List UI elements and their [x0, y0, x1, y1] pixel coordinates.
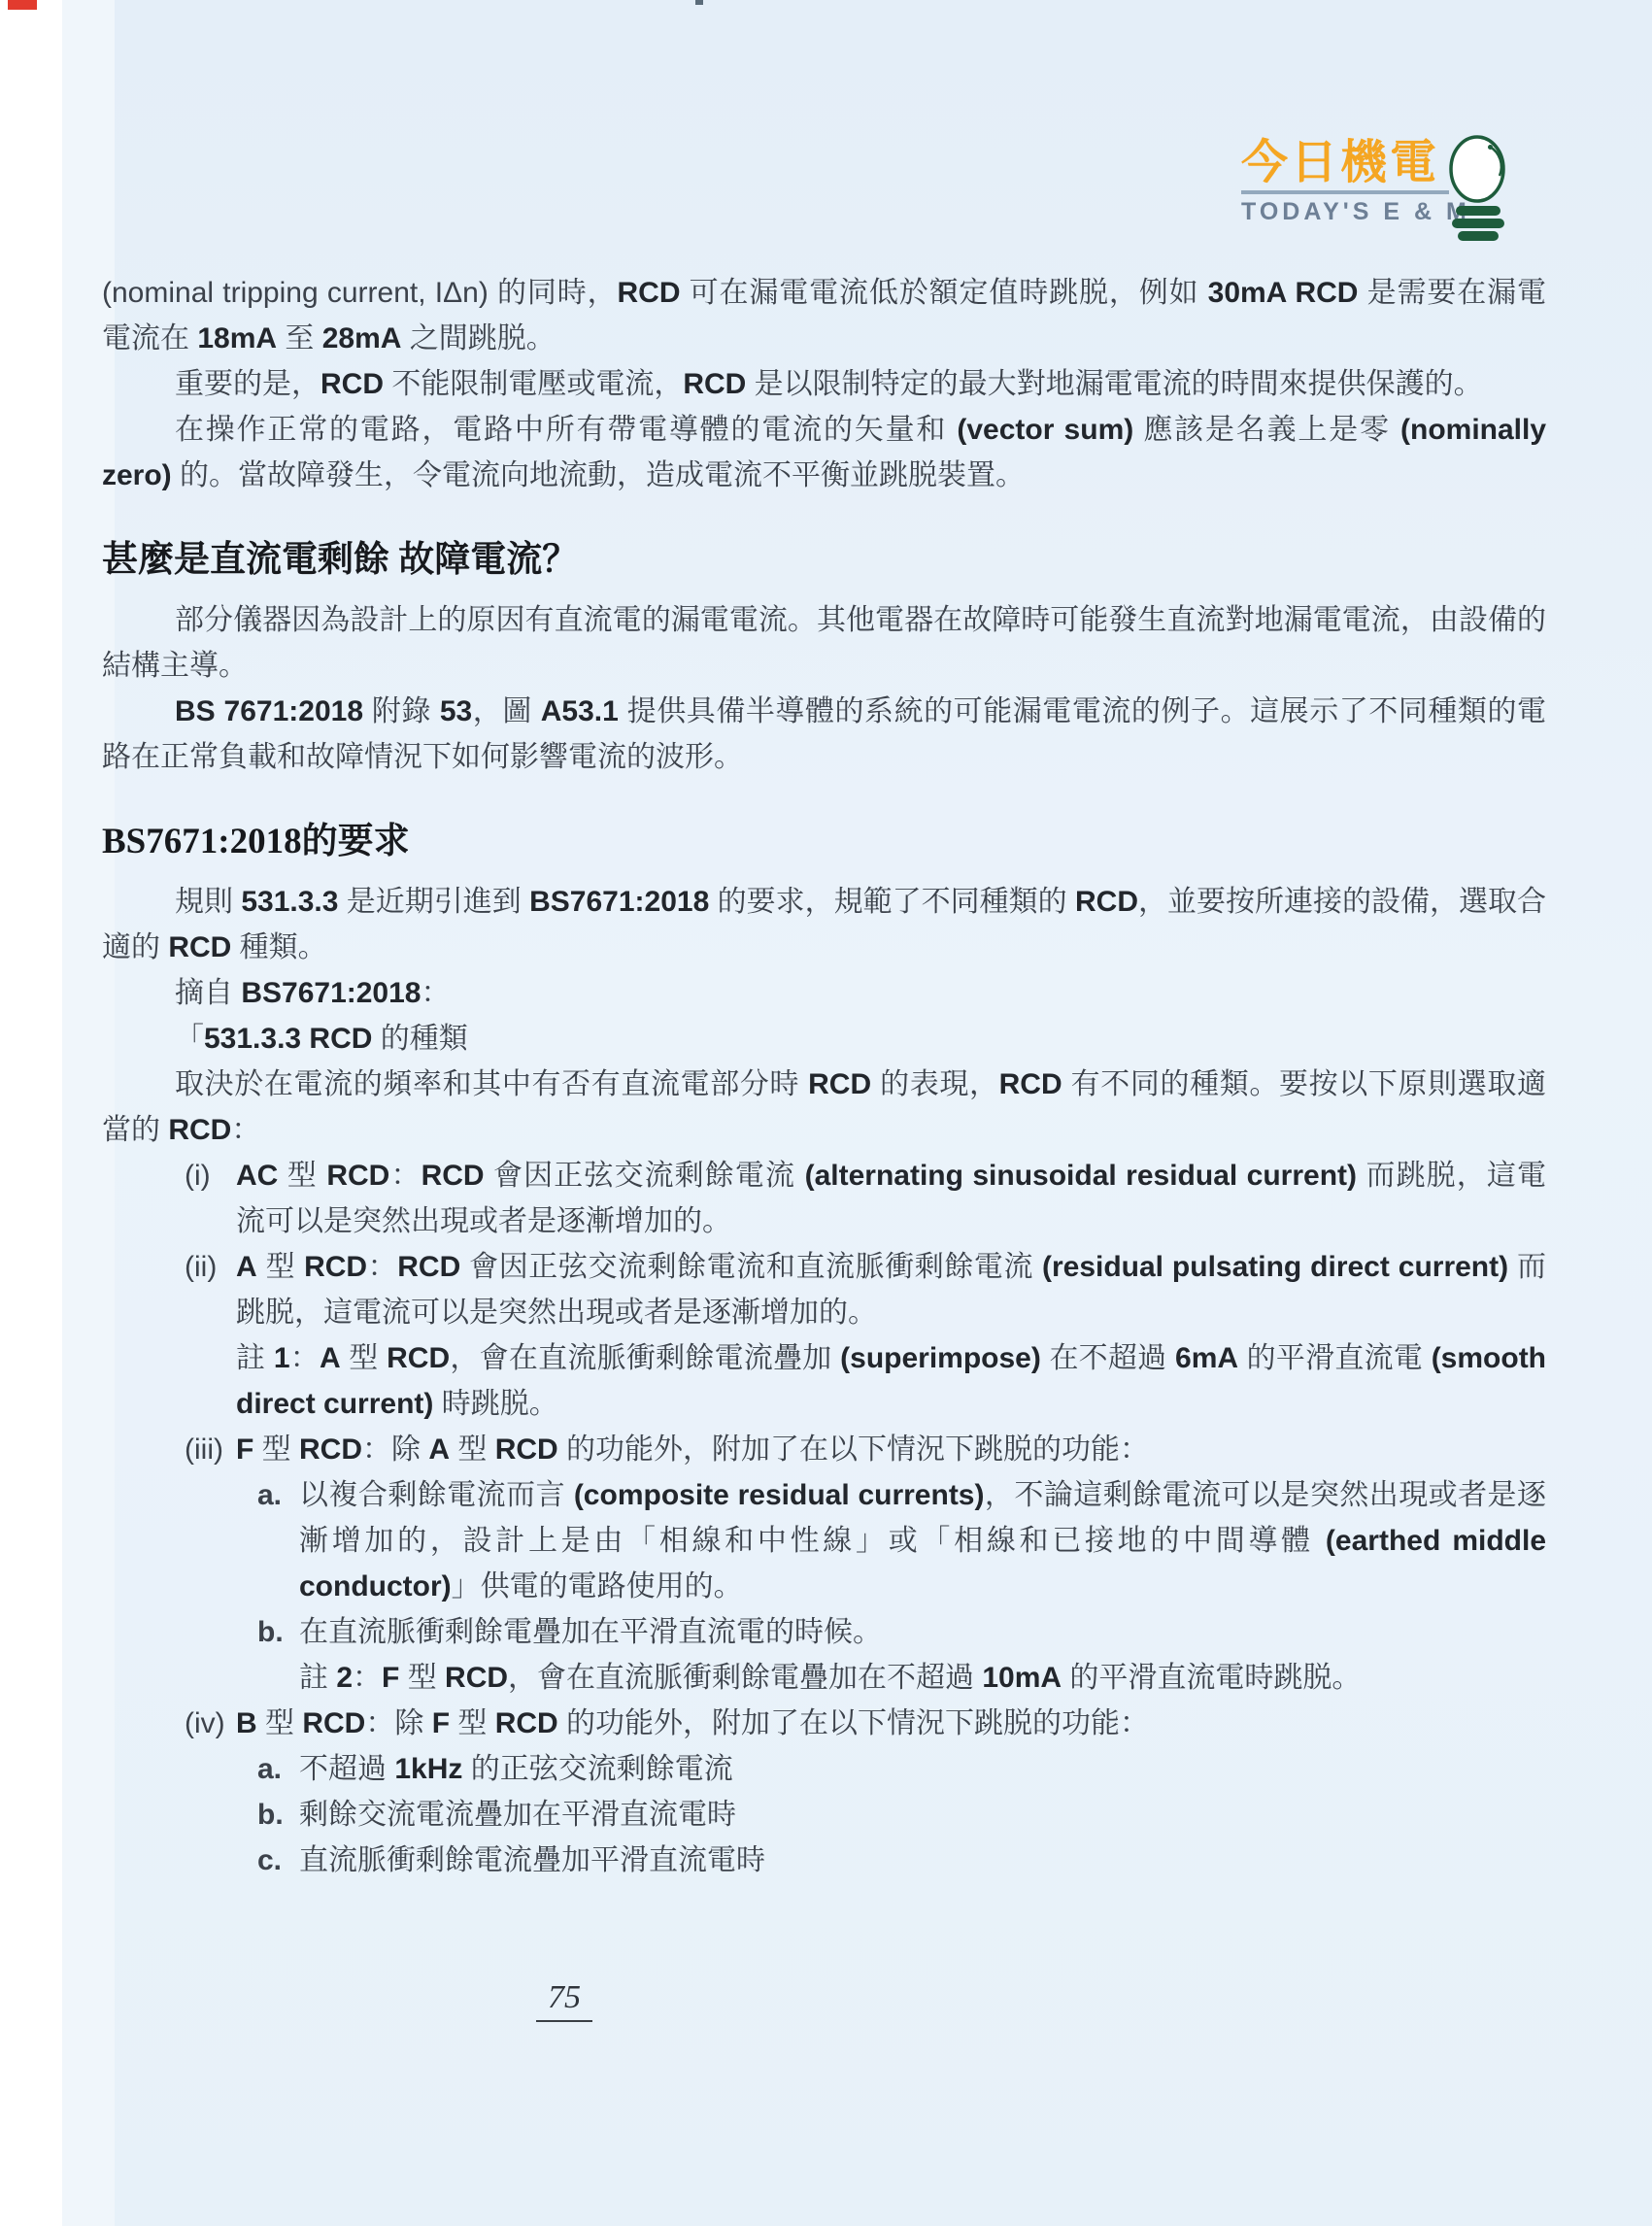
- note-line: 註 2：F 型 RCD，會在直流脈衝剩餘電疊加在不超過 10mA 的平滑直流電時…: [102, 1655, 1546, 1701]
- sub-list-item: a.不超過 1kHz 的正弦交流剩餘電流: [102, 1746, 1546, 1792]
- magazine-logo: 今日機電 TODAY'S E & M: [1241, 138, 1571, 226]
- list-item-text: B 型 RCD：除 F 型 RCD 的功能外，附加了在以下情況下跳脱的功能：: [236, 1707, 1149, 1739]
- scan-artifact-red: [8, 0, 37, 10]
- list-item: (ii)A 型 RCD：RCD 會因正弦交流剩餘電流和直流脈衝剩餘電流 (res…: [102, 1244, 1546, 1335]
- sub-list-item: c.直流脈衝剩餘電流疊加平滑直流電時: [102, 1838, 1546, 1883]
- list-item: (i)AC 型 RCD：RCD 會因正弦交流剩餘電流 (alternating …: [102, 1153, 1546, 1244]
- logo-divider: [1241, 190, 1449, 194]
- list-item-text: 直流脈衝剩餘電流疊加平滑直流電時: [299, 1844, 765, 1876]
- list-marker: a.: [257, 1472, 282, 1518]
- paragraph: 規則 531.3.3 是近期引進到 BS7671:2018 的要求，規範了不同種…: [102, 879, 1546, 970]
- list-item-text: 剩餘交流電流疊加在平滑直流電時: [299, 1799, 736, 1831]
- paragraph: BS 7671:2018 附錄 53，圖 A53.1 提供具備半導體的系統的可能…: [102, 689, 1546, 780]
- list-marker: a.: [257, 1746, 282, 1792]
- list-item-text: 在直流脈衝剩餘電疊加在平滑直流電的時候。: [299, 1616, 882, 1648]
- sub-list-item: b.剩餘交流電流疊加在平滑直流電時: [102, 1792, 1546, 1838]
- note-line: 註 1：A 型 RCD，會在直流脈衝剩餘電流疊加 (superimpose) 在…: [102, 1335, 1546, 1427]
- list-marker: (ii): [185, 1244, 217, 1290]
- paragraph: 「531.3.3 RCD 的種類: [102, 1016, 1546, 1062]
- paragraph: 在操作正常的電路，電路中所有帶電導體的電流的矢量和 (vector sum) 應…: [102, 407, 1546, 498]
- light-bulb-icon: [1447, 134, 1517, 249]
- paragraph: 部分儀器因為設計上的原因有直流電的漏電電流。其他電器在故障時可能發生直流對地漏電…: [102, 597, 1546, 689]
- page-number: 75: [536, 1979, 592, 2022]
- logo-subtitle: TODAY'S E & M: [1241, 198, 1571, 226]
- scan-artifact-dot: [695, 0, 703, 5]
- sub-list-item: a.以複合剩餘電流而言 (composite residual currents…: [102, 1472, 1546, 1609]
- sub-list-item: b.在直流脈衝剩餘電疊加在平滑直流電的時候。: [102, 1609, 1546, 1655]
- list-item-text: A 型 RCD：RCD 會因正弦交流剩餘電流和直流脈衝剩餘電流 (residua…: [236, 1251, 1546, 1329]
- list-item-text: F 型 RCD：除 A 型 RCD 的功能外，附加了在以下情況下跳脱的功能：: [236, 1433, 1149, 1466]
- list-marker: c.: [257, 1838, 282, 1883]
- section-heading: BS7671:2018的要求: [102, 819, 1546, 865]
- list-marker: (iv): [185, 1701, 225, 1746]
- section-heading: 甚麼是直流電剩餘 故障電流？: [102, 537, 1546, 584]
- paragraph: (nominal tripping current, IΔn) 的同時，RCD …: [102, 270, 1546, 361]
- paragraph: 重要的是，RCD 不能限制電壓或電流，RCD 是以限制特定的最大對地漏電電流的時…: [102, 361, 1546, 407]
- list-item-text: 不超過 1kHz 的正弦交流剩餘電流: [299, 1753, 733, 1785]
- list-item-text: 以複合剩餘電流而言 (composite residual currents)，…: [299, 1479, 1546, 1602]
- article-body: (nominal tripping current, IΔn) 的同時，RCD …: [102, 270, 1546, 1883]
- list-marker: (i): [185, 1153, 211, 1198]
- list-item-text: AC 型 RCD：RCD 會因正弦交流剩餘電流 (alternating sin…: [236, 1160, 1546, 1237]
- list-item: (iv)B 型 RCD：除 F 型 RCD 的功能外，附加了在以下情況下跳脱的功…: [102, 1701, 1546, 1746]
- paragraph: 取決於在電流的頻率和其中有否有直流電部分時 RCD 的表現，RCD 有不同的種類…: [102, 1062, 1546, 1153]
- paragraph: 摘自 BS7671:2018：: [102, 970, 1546, 1016]
- list-marker: (iii): [185, 1427, 223, 1472]
- list-marker: b.: [257, 1609, 284, 1655]
- list-item: (iii)F 型 RCD：除 A 型 RCD 的功能外，附加了在以下情況下跳脱的…: [102, 1427, 1546, 1472]
- list-marker: b.: [257, 1792, 284, 1838]
- logo-title: 今日機電: [1241, 138, 1571, 188]
